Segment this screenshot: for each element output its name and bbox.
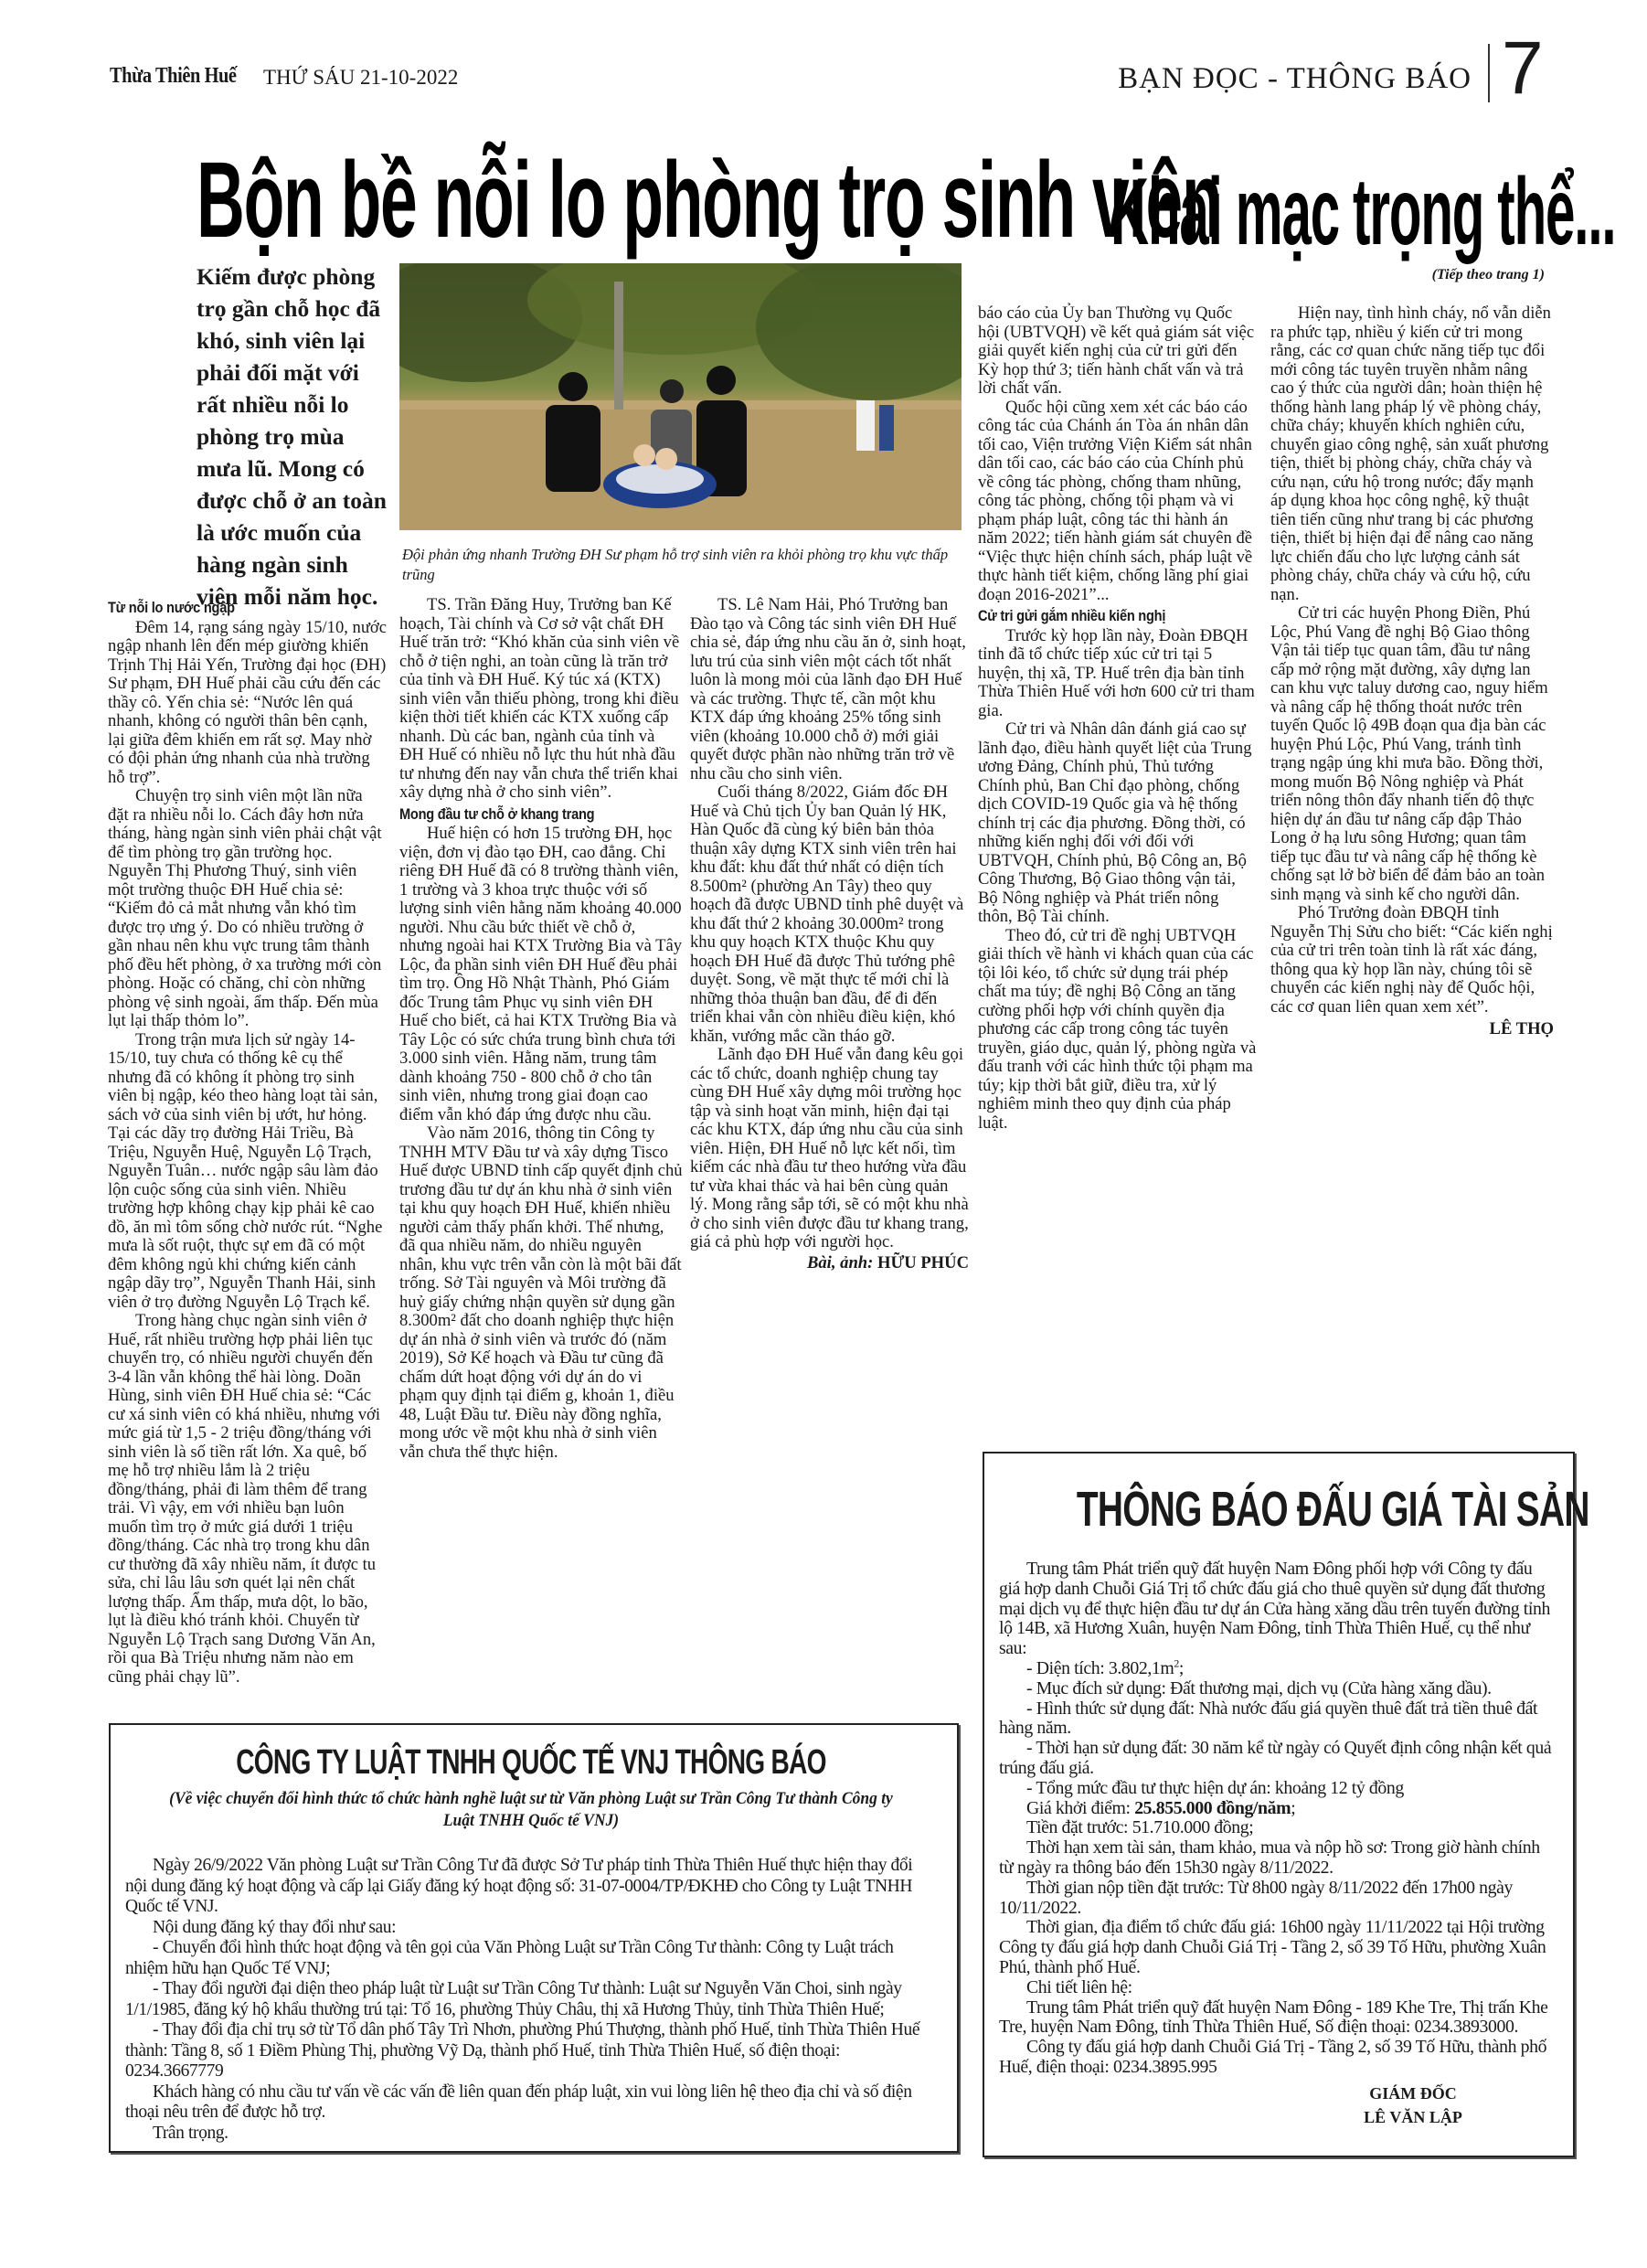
paragraph: Chuyện trọ sinh viên một lần nữa đặt ra … — [108, 787, 387, 1031]
notice-vnj-law-firm: CÔNG TY LUẬT TNHH QUỐC TẾ VNJ THÔNG BÁO … — [109, 1723, 959, 2153]
paragraph: Trong hàng chục ngàn sinh viên ở Huế, rấ… — [108, 1312, 387, 1687]
photo-caption: Đội phản ứng nhanh Trường ĐH Sư phạm hỗ … — [402, 545, 969, 585]
article-column-3: TS. Lê Nam Hải, Phó Trưởng ban Đào tạo v… — [690, 596, 969, 1272]
starting-price: Giá khởi điểm: 25.855.000 đồng/năm; — [999, 1799, 1553, 1819]
paragraph: Trân trọng. — [125, 2124, 937, 2145]
article-column-1: Từ nỗi lo nước ngập Đêm 14, rạng sáng ng… — [108, 596, 387, 1687]
notice-asset-auction: THÔNG BÁO ĐẤU GIÁ TÀI SẢN Trung tâm Phát… — [983, 1452, 1575, 2157]
opening-byline: LÊ THỌ — [1270, 1020, 1554, 1039]
byline-label: Bài, ảnh: — [807, 1253, 873, 1272]
masthead: Thừa Thiên Huế — [110, 64, 237, 89]
auction-item: - Mục đích sử dụng: Đất thương mại, dịch… — [999, 1679, 1553, 1699]
area-label: - Diện tích: — [1026, 1658, 1109, 1678]
page-number: 7 — [1502, 31, 1544, 106]
issue-date: THỨ SÁU 21-10-2022 — [263, 66, 458, 90]
subhead-investment: Mong đầu tư chỗ ở khang trang — [399, 805, 643, 825]
schedule-item: Chi tiết liên hệ: — [999, 1978, 1553, 1998]
paragraph: Phó Trưởng đoàn ĐBQH tỉnh Nguyễn Thị Sửu… — [1270, 904, 1554, 1017]
area-value: 3.802,1m — [1109, 1658, 1174, 1678]
article-column-2: TS. Trần Đăng Huy, Trưởng ban Kế hoạch, … — [399, 596, 683, 1462]
paragraph: Trước kỳ họp lần này, Đoàn ĐBQH tỉnh đã … — [978, 627, 1257, 721]
signer-name: LÊ VĂN LẬP — [1273, 2105, 1553, 2129]
paragraph: Theo đó, cử tri đề nghị UBTVQH giải thíc… — [978, 927, 1257, 1134]
paragraph: Vào năm 2016, thông tin Công ty TNHH MTV… — [399, 1124, 683, 1462]
paragraph: Đêm 14, rạng sáng ngày 15/10, nước ngập … — [108, 619, 387, 788]
flood-rescue-photo — [399, 263, 962, 530]
paragraph: Ngày 26/9/2022 Văn phòng Luật sư Trần Cô… — [125, 1856, 937, 1918]
subhead-flooding: Từ nỗi lo nước ngập — [108, 599, 347, 618]
area-end: ; — [1179, 1658, 1184, 1678]
continued-from-note: (Tiếp theo trang 1) — [1270, 267, 1545, 283]
schedule-item: Thời gian nộp tiền đặt trước: Từ 8h00 ng… — [999, 1879, 1553, 1919]
notice-vnj-body: Ngày 26/9/2022 Văn phòng Luật sư Trần Cô… — [125, 1856, 937, 2144]
paragraph: Lãnh đạo ĐH Huế vẫn đang kêu gọi các tổ … — [690, 1046, 969, 1252]
starting-price-value: 25.855.000 đồng/năm — [1134, 1798, 1291, 1818]
signature-block: GIÁM ĐỐC LÊ VĂN LẬP — [1273, 2082, 1553, 2129]
opening-column-1: báo cáo của Ủy ban Thường vụ Quốc hội (U… — [978, 304, 1257, 1133]
notice-vnj-title: CÔNG TY LUẬT TNHH QUỐC TẾ VNJ THÔNG BÁO — [230, 1743, 831, 1783]
schedule-item: Công ty đấu giá hợp danh Chuỗi Giá Trị -… — [999, 2038, 1553, 2078]
headline-student-housing: Bộn bề nỗi lo phòng trọ sinh viên — [197, 146, 1221, 254]
paragraph: Nội dung đăng ký thay đổi như sau: — [125, 1918, 937, 1939]
headline-opening-session: Khai mạc trọng thể... — [1110, 165, 1615, 260]
page-number-divider — [1488, 44, 1490, 102]
paragraph: Cuối tháng 8/2022, Giám đốc ĐH Huế và Ch… — [690, 783, 969, 1046]
paragraph: Huế hiện có hơn 15 trường ĐH, học viện, … — [399, 825, 683, 1124]
auction-item: - Thời hạn sử dụng đất: 30 năm kể từ ngà… — [999, 1739, 1553, 1779]
opening-column-2: Hiện nay, tình hình cháy, nổ vẫn diễn ra… — [1270, 304, 1554, 1039]
starting-price-label: Giá khởi điểm: — [1026, 1798, 1134, 1818]
photo-icon — [399, 263, 962, 530]
schedule-item: Trung tâm Phát triển quỹ đất huyện Nam Đ… — [999, 1998, 1553, 2039]
article-byline: Bài, ảnh: HỮU PHÚC — [690, 1254, 969, 1273]
paragraph: Cử tri và Nhân dân đánh giá cao sự lãnh … — [978, 720, 1257, 927]
paragraph: - Thay đổi địa chỉ trụ sở từ Tổ dân phố … — [125, 2020, 937, 2082]
paragraph: Hiện nay, tình hình cháy, nổ vẫn diễn ra… — [1270, 304, 1554, 604]
auction-item: - Tổng mức đầu tư thực hiện dự án: khoản… — [999, 1779, 1553, 1799]
paragraph: Quốc hội cũng xem xét các báo cáo công t… — [978, 399, 1257, 605]
notice-auction-body: Trung tâm Phát triển quỹ đất huyện Nam Đ… — [999, 1560, 1553, 2078]
paragraph: báo cáo của Ủy ban Thường vụ Quốc hội (U… — [978, 304, 1257, 399]
auction-area: - Diện tích: 3.802,1m2; — [999, 1659, 1553, 1679]
notice-auction-title: THÔNG BÁO ĐẤU GIÁ TÀI SẢN — [1077, 1481, 1475, 1538]
paragraph: - Chuyển đổi hình thức hoạt động và tên … — [125, 1938, 937, 1979]
subhead-voters: Cử tri gửi gắm nhiều kiến nghị — [978, 607, 1217, 626]
paragraph: Trong trận mưa lịch sử ngày 14-15/10, tu… — [108, 1031, 387, 1313]
paragraph: - Thay đổi người đại diện theo pháp luật… — [125, 1979, 937, 2020]
article-intro: Kiếm được phòng trọ gần chỗ học đã khó, … — [197, 261, 388, 612]
deposit: Tiền đặt trước: 51.710.000 đồng; — [999, 1818, 1553, 1838]
schedule-item: Thời gian, địa điểm tổ chức đấu giá: 16h… — [999, 1918, 1553, 1977]
auction-item: - Hình thức sử dụng đất: Nhà nước đấu gi… — [999, 1699, 1553, 1740]
paragraph: Trung tâm Phát triển quỹ đất huyện Nam Đ… — [999, 1560, 1553, 1659]
signer-title: GIÁM ĐỐC — [1273, 2082, 1553, 2105]
notice-vnj-subtitle: (Về việc chuyển đổi hình thức tổ chức hà… — [158, 1788, 905, 1832]
starting-price-end: ; — [1291, 1798, 1295, 1818]
paragraph: TS. Trần Đăng Huy, Trưởng ban Kế hoạch, … — [399, 596, 683, 803]
paragraph: Khách hàng có nhu cầu tư vấn về các vấn … — [125, 2082, 937, 2124]
paragraph: TS. Lê Nam Hải, Phó Trưởng ban Đào tạo v… — [690, 596, 969, 783]
paragraph: Cử tri các huyện Phong Điền, Phú Lộc, Ph… — [1270, 604, 1554, 904]
section-title: BẠN ĐỌC - THÔNG BÁO — [1088, 62, 1472, 96]
byline-author: HỮU PHÚC — [877, 1253, 969, 1272]
schedule-item: Thời hạn xem tài sản, tham khảo, mua và … — [999, 1838, 1553, 1879]
